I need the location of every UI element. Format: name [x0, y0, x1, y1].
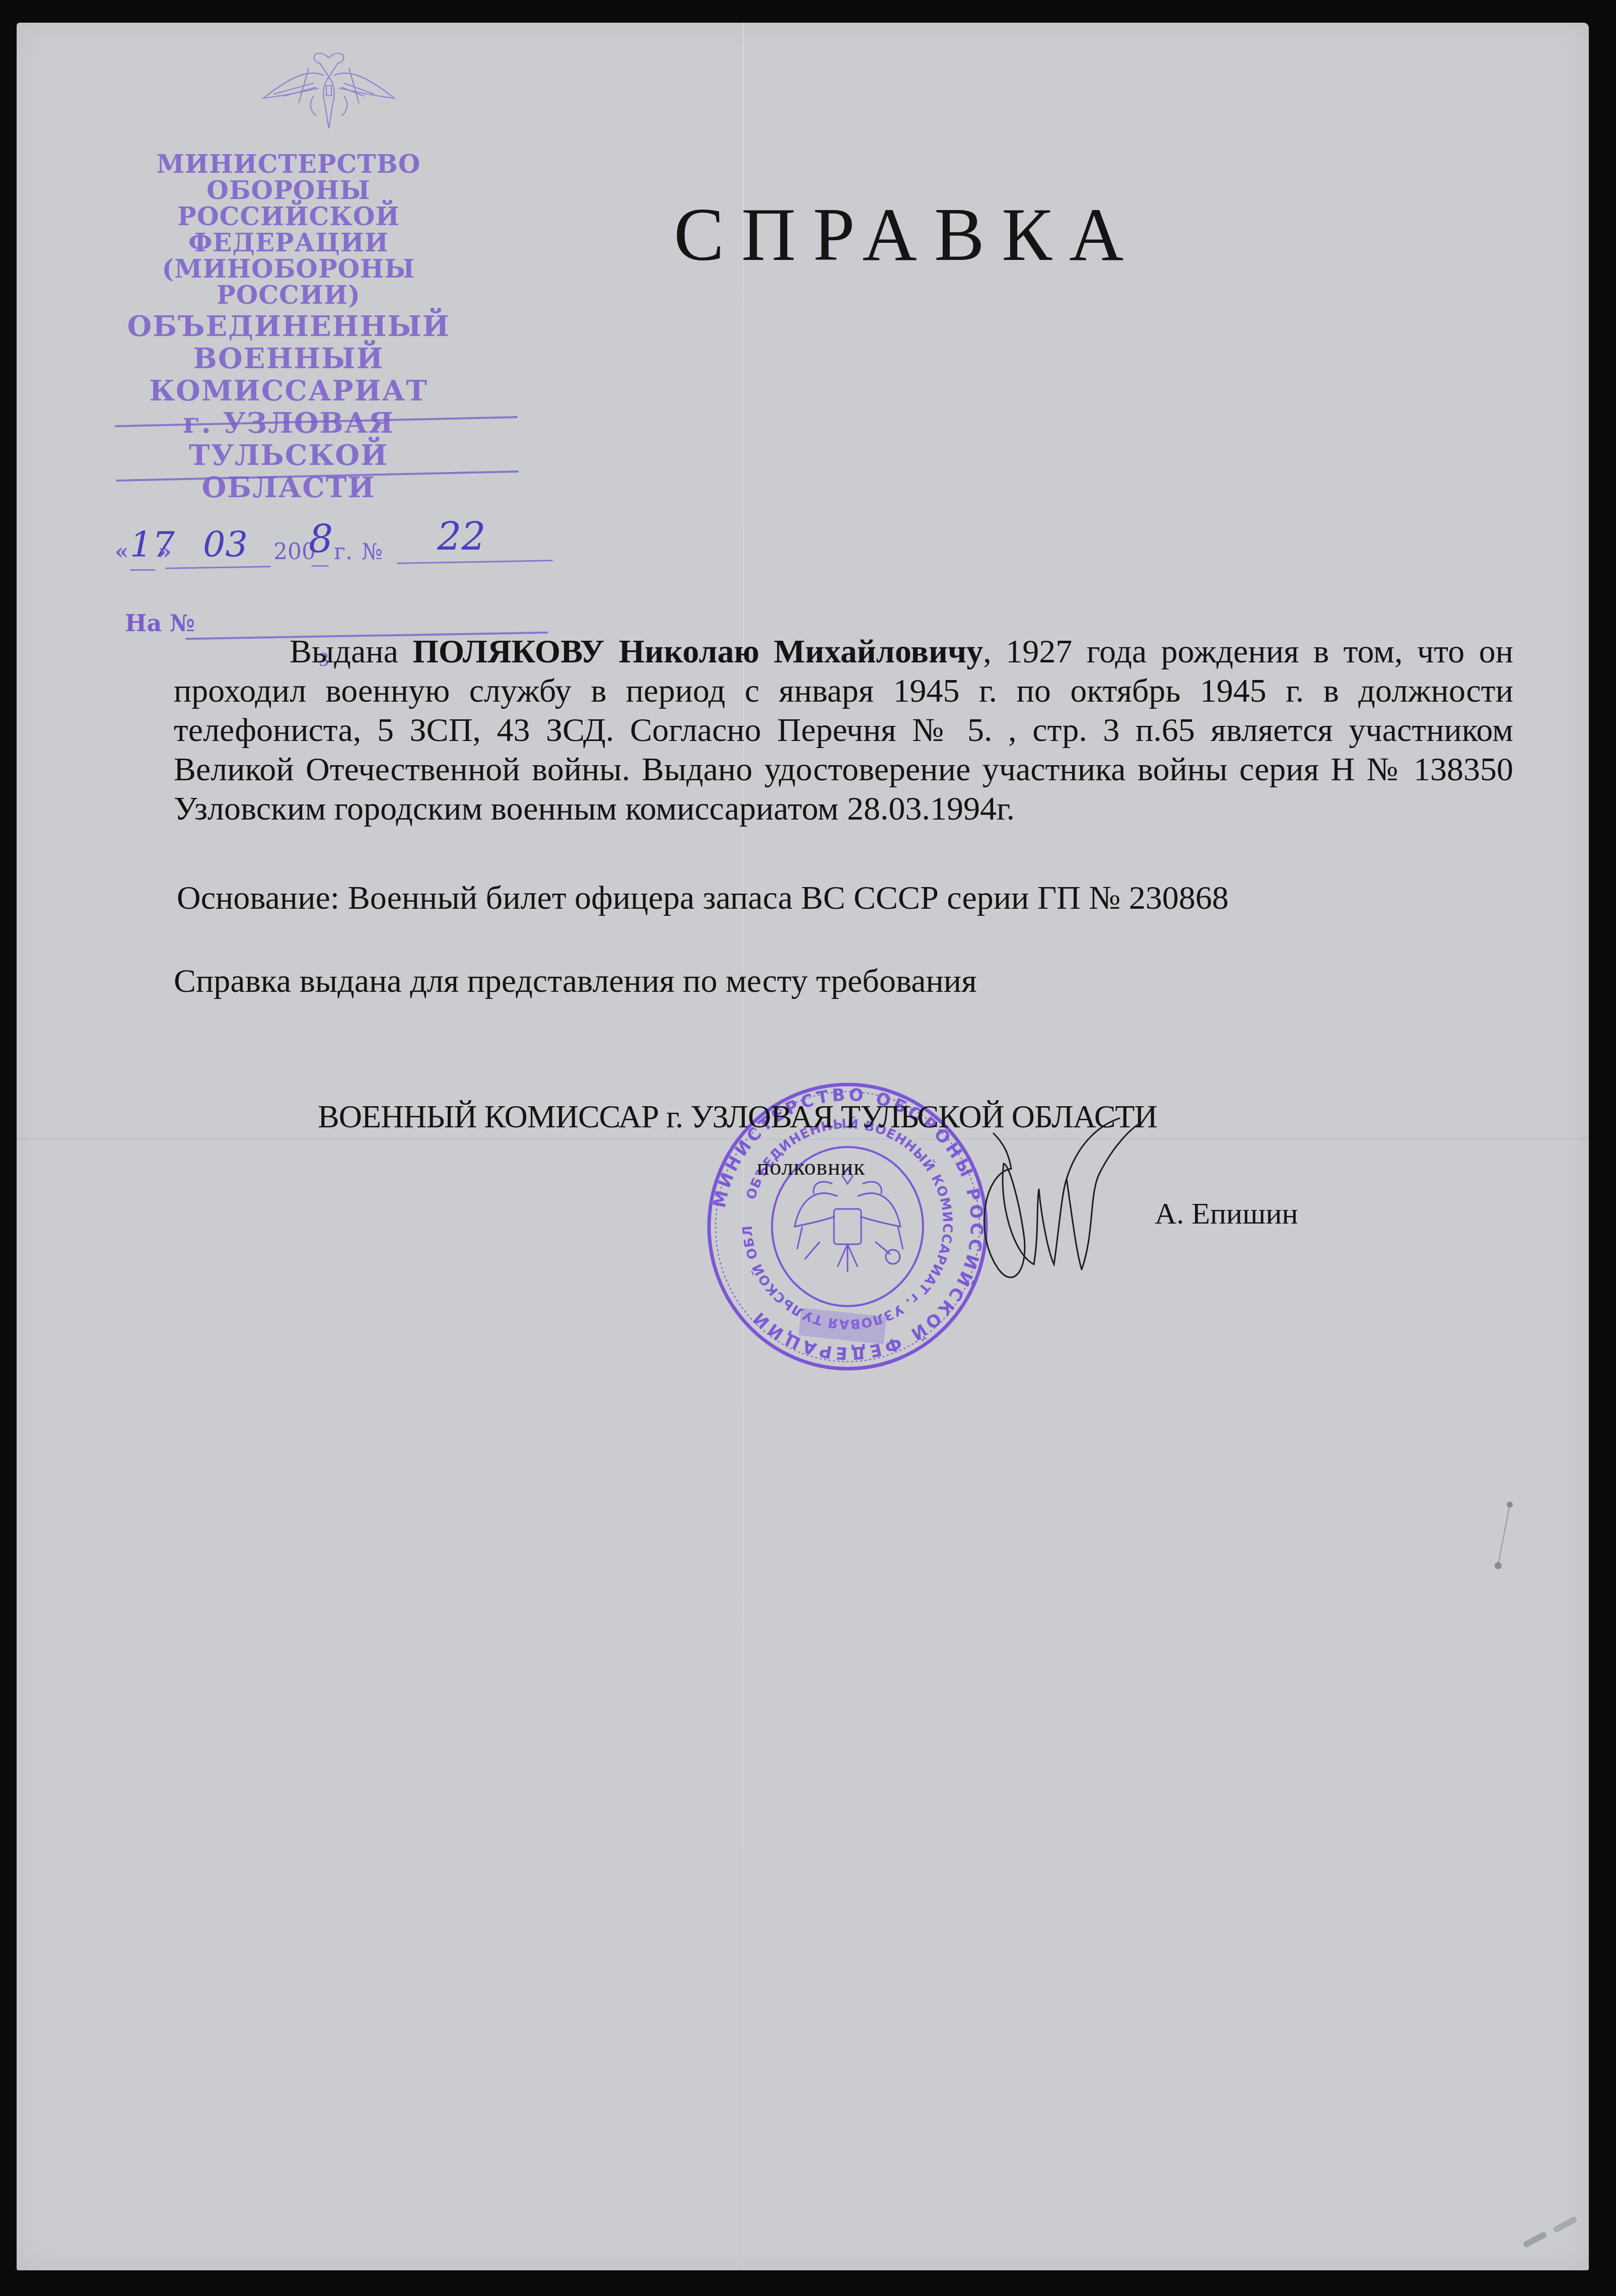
number-label: №: [362, 539, 383, 565]
paragraph-lead: Выдана: [290, 633, 398, 670]
document-date-number: « 17 » 03 200 8 г. № 22: [115, 529, 558, 569]
stamp-line-commissariat: ВОЕННЫЙ КОМИССАРИАТ: [102, 343, 475, 407]
stamp-line-region: ТУЛЬСКОЙ ОБЛАСТИ: [102, 439, 475, 504]
date-year-suffix: 8: [309, 516, 333, 561]
corner-stamp-text: МИНИСТЕРСТВО ОБОРОНЫ РОССИЙСКОЙ ФЕДЕРАЦИ…: [102, 151, 475, 504]
ink-mark-icon: [1487, 1499, 1517, 1574]
date-open-quote: «: [115, 539, 129, 565]
signatory-name: А. Епишин: [1155, 1196, 1298, 1231]
basis-line: Основание: Военный билет офицера запаса …: [177, 879, 1229, 917]
signatory-rank: полковник: [757, 1154, 865, 1180]
double-headed-eagle-icon: [253, 48, 404, 133]
day-underline: [130, 569, 155, 571]
certificate-body: Выдана ПОЛЯКОВУ Николаю Михайловичу, 192…: [174, 632, 1513, 829]
stamp-line-federation: РОССИЙСКОЙ ФЕДЕРАЦИИ: [102, 204, 475, 256]
date-close-quote: »: [158, 539, 172, 565]
recipient-name: ПОЛЯКОВУ Николаю Михайловичу: [412, 633, 983, 670]
date-year-label: г.: [334, 539, 353, 565]
document-number: 22: [437, 514, 486, 559]
main-paragraph: Выдана ПОЛЯКОВУ Николаю Михайловичу, 192…: [174, 632, 1513, 829]
purpose-line: Справка выдана для представления по мест…: [174, 962, 977, 1000]
stamp-line-abbrev: (МИНОБОРОНЫ РОССИИ): [102, 256, 475, 308]
date-month: 03: [203, 524, 248, 565]
staple-icon: [1512, 2209, 1588, 2259]
month-underline: [165, 566, 271, 569]
handwritten-signature-icon: [963, 1103, 1175, 1315]
document-page: МИНИСТЕРСТВО ОБОРОНЫ РОССИЙСКОЙ ФЕДЕРАЦИ…: [17, 23, 1589, 2270]
stamp-line-united: ОБЪЕДИНЕННЫЙ: [102, 310, 475, 343]
number-underline: [397, 560, 553, 564]
document-title: СПРАВКА: [674, 191, 1141, 278]
year-underline: [311, 565, 329, 567]
stamp-line-ministry: МИНИСТЕРСТВО ОБОРОНЫ: [102, 151, 475, 204]
